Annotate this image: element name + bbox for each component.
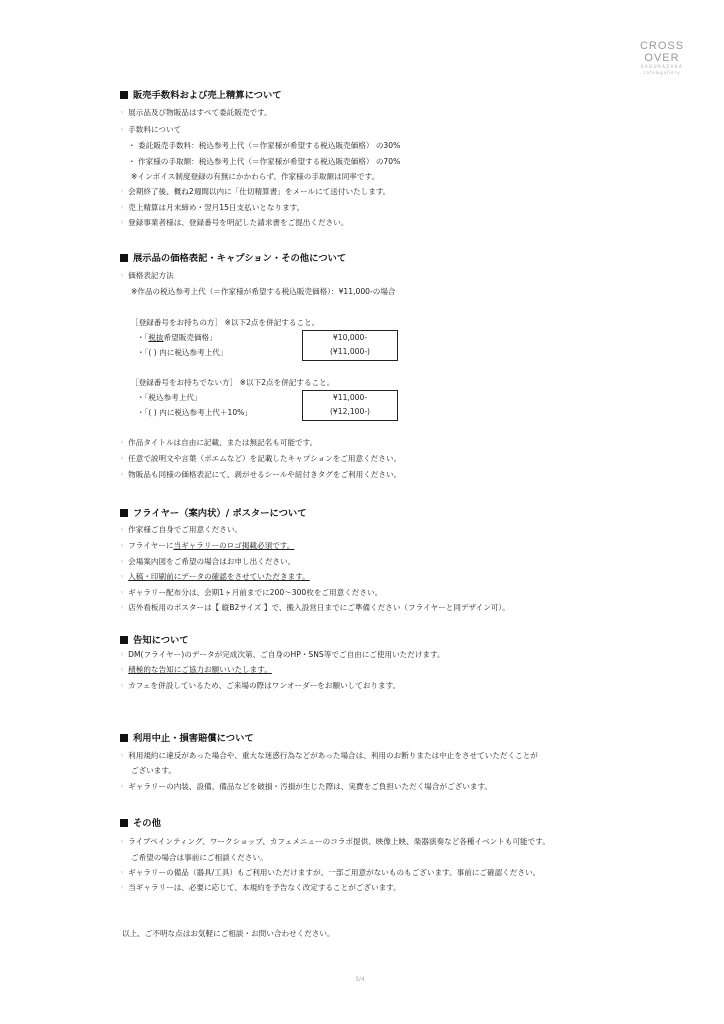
circle-bullet-icon: ◦: [120, 783, 124, 791]
section-heading-other: その他: [120, 815, 161, 829]
page-number: 3/4: [355, 976, 365, 983]
circle-bullet-icon: ◦: [120, 884, 124, 892]
circle-bullet-icon: ◦: [120, 589, 124, 597]
list-item: ・「税込参考上代」: [137, 393, 202, 403]
list-item: ◦フライヤーに当ギャラリーのロゴ掲載必須です。: [120, 541, 294, 551]
list-item: ◦価格表記方法: [120, 271, 174, 281]
list-item: ◦DM(フライヤー)のデータが完成次第、ご自身のHP・SNS等でご自由にご使用い…: [120, 650, 445, 660]
circle-bullet-icon: ◦: [120, 573, 124, 581]
price-example-box: ¥10,000- (¥11,000-): [302, 330, 398, 361]
price-incl-tax: (¥11,000-): [303, 345, 397, 359]
list-item-continuation: ご希望の場合は事前にご相談ください。: [131, 853, 268, 863]
circle-bullet-icon: ◦: [120, 682, 124, 690]
circle-bullet-icon: ◦: [120, 542, 124, 550]
list-item: ◦登録事業者様は、登録番号を明記した請求書をご提出ください。: [120, 218, 348, 228]
square-bullet-icon: [120, 819, 128, 827]
square-bullet-icon: [120, 254, 128, 262]
circle-bullet-icon: ◦: [120, 204, 124, 212]
list-item: ◦カフェを併設しているため、ご来場の際はワンオーダーをお願いしております。: [120, 681, 400, 691]
note: ※インボイス制度登録の有無にかかわらず、作家様の手取額は同率です。: [131, 172, 379, 182]
list-item: ◦利用規約に違反があった場合や、重大な迷惑行為などがあった場合は、利用のお断りま…: [120, 751, 538, 761]
section-heading-pricing: 展示品の価格表記・キャプション・その他について: [120, 250, 346, 264]
circle-bullet-icon: ◦: [120, 752, 124, 760]
list-item: ◦売上精算は月末締め・翌月15日支払いとなります。: [120, 203, 304, 213]
list-item: ◦作品タイトルは自由に記載、または無記名も可能です。: [120, 438, 317, 448]
list-item: ◦店外看板用のポスターは【 縦B2サイズ 】で、搬入設営日までにご準備ください（…: [120, 603, 510, 613]
list-item-continuation: ございます。: [131, 766, 176, 776]
list-item: ・「( ) 内に税込参考上代＋10%」: [137, 408, 252, 418]
list-item: ・「税抜希望販売価格」: [137, 333, 217, 343]
list-item: ◦作家様ご自身でご用意ください。: [120, 525, 242, 535]
note: ※作品の税込参考上代（＝作家様が希望する税込販売価格）：¥11,000-の場合: [131, 287, 396, 297]
circle-bullet-icon: ◦: [120, 109, 124, 117]
price-example-box: ¥11,000- (¥12,100-): [302, 390, 398, 421]
circle-bullet-icon: ◦: [120, 558, 124, 566]
section-heading-fees: 販売手数料および売上精算について: [120, 87, 282, 101]
circle-bullet-icon: ◦: [120, 455, 124, 463]
gallery-logo: CROSS OVER KAGURAZAKA cafe&gallery: [624, 40, 700, 76]
circle-bullet-icon: ◦: [120, 666, 124, 674]
list-item: ◦当ギャラリーは、必要に応じて、本規約を予告なく改定することがございます。: [120, 883, 401, 893]
square-bullet-icon: [120, 91, 128, 99]
logo-title: CROSS OVER: [624, 40, 700, 64]
circle-bullet-icon: ◦: [120, 651, 124, 659]
list-item: ・ 作家様の手取額：税込参考上代（＝作家様が希望する税込販売価格） の70%: [128, 157, 400, 167]
price-plus-10pct: (¥12,100-): [303, 405, 397, 419]
section-heading-flyer: フライヤー（案内状）/ ポスターについて: [120, 505, 307, 519]
list-item: ◦ギャラリーの備品（器具/工具）もご利用いただけますが、一部ご用意がないものもご…: [120, 868, 540, 878]
circle-bullet-icon: ◦: [120, 471, 124, 479]
circle-bullet-icon: ◦: [120, 126, 124, 134]
circle-bullet-icon: ◦: [120, 604, 124, 612]
group-title-registered: ［登録番号をお持ちの方］ ※以下2点を併記すること。: [131, 318, 319, 328]
list-item: ◦物販品も同様の価格表記にて、剥がせるシールや紐付きタグをご利用ください。: [120, 470, 401, 480]
list-item: ◦手数料について: [120, 125, 181, 135]
list-item: ◦会期終了後、概ね2週間以内に「仕切精算書」をメールにて送付いたします。: [120, 187, 390, 197]
list-item: ◦入稿・印刷前にデータの確認をさせていただきます。: [120, 572, 310, 582]
list-item: ◦ギャラリーの内装、設備、備品などを破損・汚損が生じた際は、実費をご負担いただく…: [120, 782, 492, 792]
circle-bullet-icon: ◦: [120, 439, 124, 447]
list-item: ◦展示品及び物販品はすべて委託販売です。: [120, 108, 272, 118]
price-incl-tax: ¥11,000-: [303, 391, 397, 405]
logo-tagline: cafe&gallery: [624, 70, 700, 76]
section-heading-termination: 利用中止・損害賠償について: [120, 730, 254, 744]
circle-bullet-icon: ◦: [120, 272, 124, 280]
square-bullet-icon: [120, 734, 128, 742]
circle-bullet-icon: ◦: [120, 219, 124, 227]
list-item: ◦ギャラリー配布分は、会期1ヶ月前までに200〜300枚をご用意ください。: [120, 588, 382, 598]
list-item: ◦会場案内図をご希望の場合はお申し出ください。: [120, 557, 295, 567]
square-bullet-icon: [120, 509, 128, 517]
list-item: ・ 委託販売手数料：税込参考上代（＝作家様が希望する税込販売価格） の30%: [128, 141, 400, 151]
list-item: ◦任意で説明文や言葉（ポエムなど）を記載したキャプションをご用意ください。: [120, 454, 401, 464]
closing-text: 以上、ご不明な点はお気軽にご相談・お問い合わせください。: [122, 929, 335, 939]
circle-bullet-icon: ◦: [120, 838, 124, 846]
circle-bullet-icon: ◦: [120, 869, 124, 877]
circle-bullet-icon: ◦: [120, 188, 124, 196]
section-heading-announcement: 告知について: [120, 632, 189, 646]
list-item: ・「( ) 内に税込参考上代」: [137, 348, 227, 358]
price-excl-tax: ¥10,000-: [303, 331, 397, 345]
list-item: ◦積極的な告知にご協力お願いいたします。: [120, 665, 272, 675]
list-item: ◦ライブペインティング、ワークショップ、カフェメニューのコラボ提供、映像上映、楽…: [120, 837, 550, 847]
circle-bullet-icon: ◦: [120, 526, 124, 534]
square-bullet-icon: [120, 636, 128, 644]
group-title-unregistered: ［登録番号をお持ちでない方］ ※以下2点を併記すること。: [131, 378, 334, 388]
